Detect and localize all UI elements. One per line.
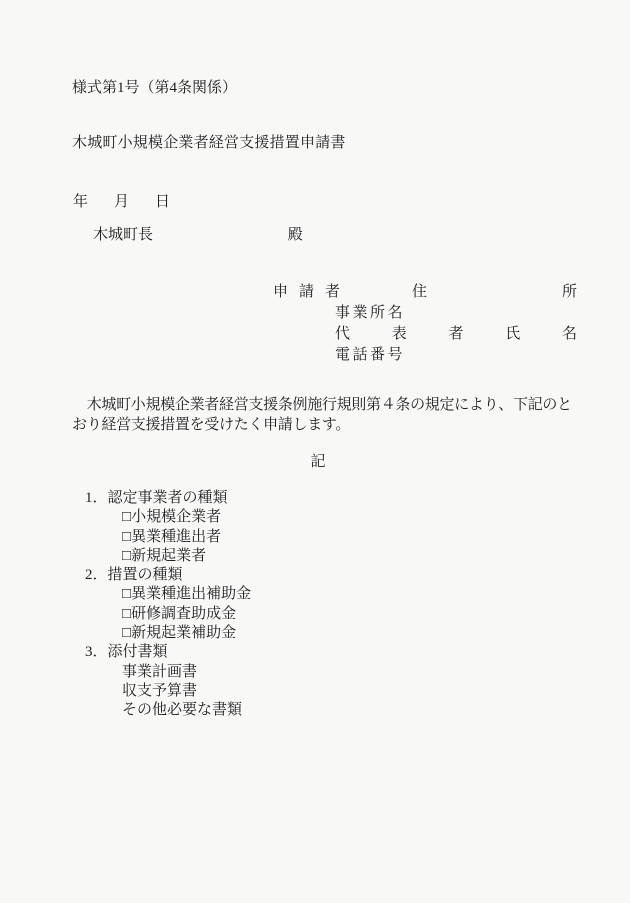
applicant-block: 申請者 住所 事業所名 代表者氏名 電話番号 xyxy=(0,282,630,366)
list-item-label: 新規起業補助金 xyxy=(131,625,236,641)
list-item-number: 1．認定事業者の種類 xyxy=(72,489,251,508)
applicant-office-line: 事業所名 xyxy=(0,303,630,324)
phone-number-label: 電話番号 xyxy=(335,345,405,366)
addressee-line: 木城町長 殿 xyxy=(93,225,303,245)
document-page: 様式第1号（第4条関係） 木城町小規模企業者経営支援措置申請書 年 月 日 木城… xyxy=(0,0,630,903)
applicant-phone-line: 電話番号 xyxy=(0,345,630,366)
list-item-label: その他必要な書類 xyxy=(122,702,242,718)
checkbox-icon: □ xyxy=(122,509,131,525)
date-day-label: 日 xyxy=(155,192,170,212)
items-list: 1．認定事業者の種類 □小規模企業者 □異業種進出者 □新規起業者 2．措置の種… xyxy=(72,489,251,721)
applicant-address-line: 申請者 住所 xyxy=(0,282,630,303)
list-item: □新規起業補助金 xyxy=(72,624,251,643)
list-item: □研修調査助成金 xyxy=(72,605,251,624)
list-item-label: 2．措置の種類 xyxy=(85,567,183,583)
form-number: 様式第1号（第4条関係） xyxy=(72,78,237,98)
checkbox-icon: □ xyxy=(122,529,131,545)
body-paragraph: 木城町小規模企業者経営支援条例施行規則第４条の規定により、下記のと おり経営支援… xyxy=(72,395,572,436)
list-item-label: 事業計画書 xyxy=(122,664,197,680)
list-item-label: 1．認定事業者の種類 xyxy=(85,490,228,506)
date-year-label: 年 xyxy=(73,192,88,212)
representative-name-label: 代表者氏名 xyxy=(335,324,577,345)
checkbox-icon: □ xyxy=(122,586,131,602)
list-item: □異業種進出補助金 xyxy=(72,585,251,604)
attachment-item: 収支予算書 xyxy=(72,682,251,701)
body-line-1: 木城町小規模企業者経営支援条例施行規則第４条の規定により、下記のと xyxy=(72,395,572,415)
date-line: 年 月 日 xyxy=(73,192,170,212)
checkbox-icon: □ xyxy=(122,606,131,622)
list-item-label: 収支予算書 xyxy=(122,683,197,699)
applicant-label: 申請者 xyxy=(273,282,340,303)
list-item-number: 3．添付書類 xyxy=(72,643,251,662)
note-heading: 記 xyxy=(72,452,564,472)
addressee-name: 木城町長 xyxy=(93,227,153,243)
list-item-label: 研修調査助成金 xyxy=(131,606,236,622)
attachment-item: 事業計画書 xyxy=(72,663,251,682)
list-item-label: 異業種進出補助金 xyxy=(131,586,251,602)
list-item: □小規模企業者 xyxy=(72,508,251,527)
list-item: □新規起業者 xyxy=(72,547,251,566)
office-name-label: 事業所名 xyxy=(335,303,405,324)
list-item-label: 小規模企業者 xyxy=(131,509,221,525)
list-item-label: 3．添付書類 xyxy=(85,644,168,660)
list-item-label: 異業種進出者 xyxy=(131,529,221,545)
checkbox-icon: □ xyxy=(122,548,131,564)
list-item-label: 新規起業者 xyxy=(131,548,206,564)
applicant-representative-line: 代表者氏名 xyxy=(0,324,630,345)
list-item: □異業種進出者 xyxy=(72,528,251,547)
checkbox-icon: □ xyxy=(122,625,131,641)
body-line-2: おり経営支援措置を受けたく申請します。 xyxy=(72,415,572,435)
document-title: 木城町小規模企業者経営支援措置申請書 xyxy=(72,133,346,153)
attachment-item: その他必要な書類 xyxy=(72,701,251,720)
date-month-label: 月 xyxy=(114,192,129,212)
list-item-number: 2．措置の種類 xyxy=(72,566,251,585)
address-field-label: 住所 xyxy=(412,282,577,303)
addressee-honorific: 殿 xyxy=(288,227,303,243)
